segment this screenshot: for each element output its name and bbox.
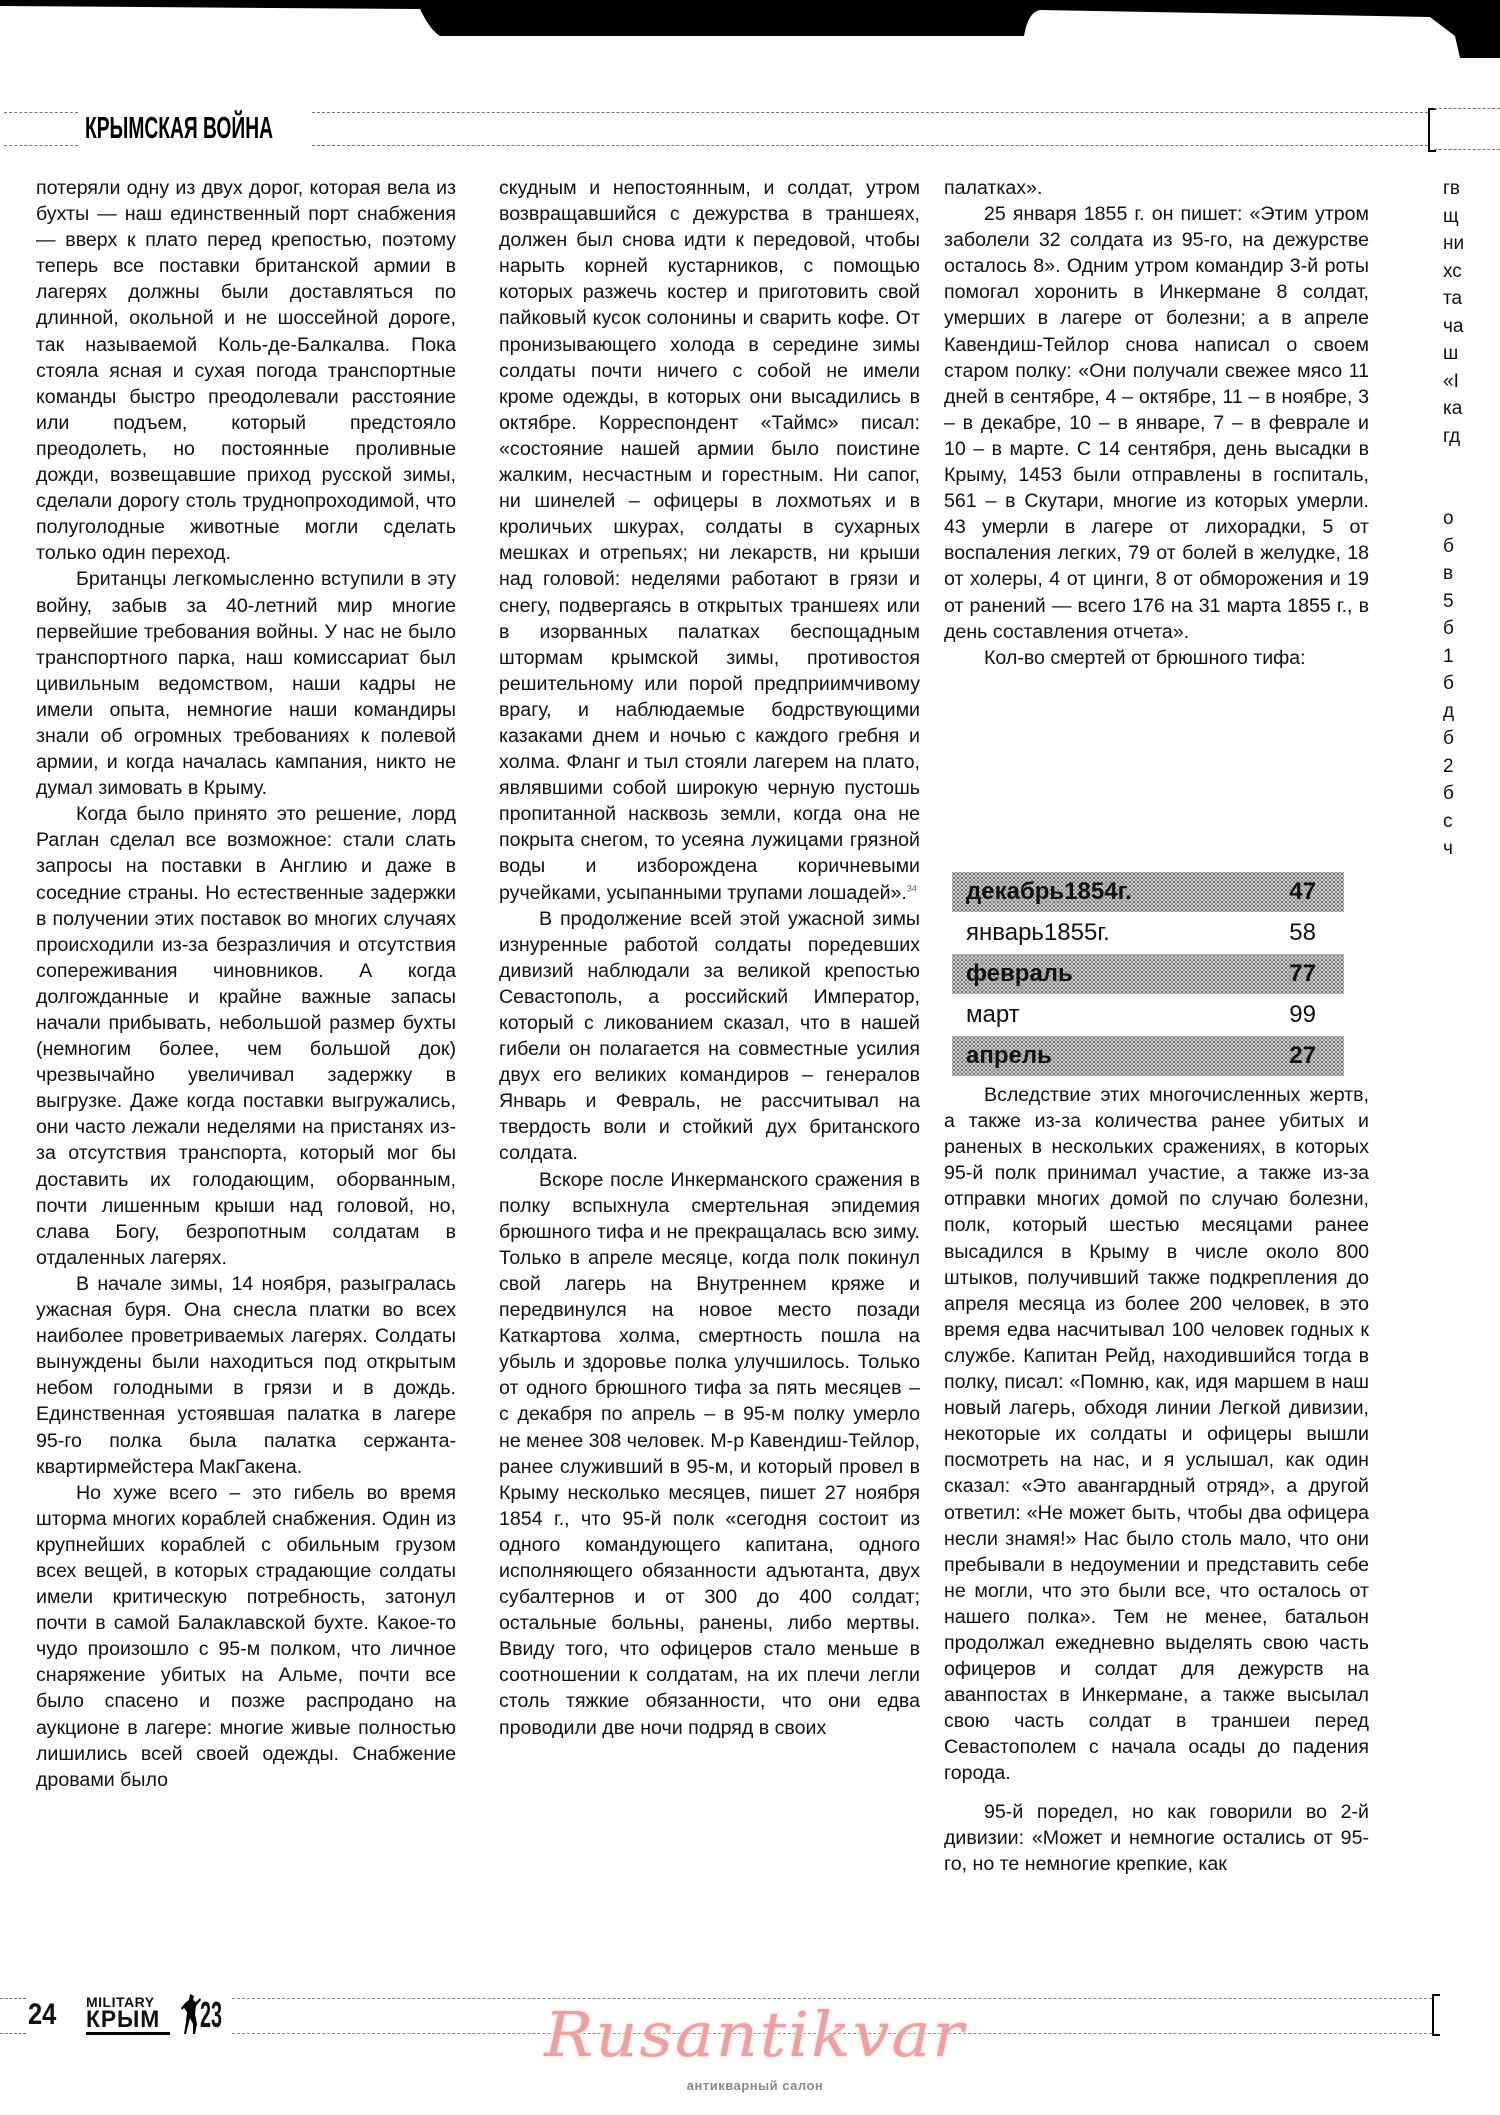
deaths-cell: 47 [1276, 878, 1316, 906]
bleed-line: гв [1443, 175, 1500, 203]
header-rule-left [4, 112, 78, 146]
table-row: январь1855г. 58 [952, 913, 1344, 953]
bleed-line: с [1443, 808, 1500, 836]
bleed-line: б [1443, 670, 1500, 698]
month-cell: февраль [966, 960, 1073, 988]
month-cell: январь1855г. [966, 919, 1110, 947]
deaths-cell: 77 [1276, 960, 1316, 988]
article-column-2: скудным и непостоянным, и солдат, утром … [499, 175, 920, 1741]
bleed-line: ча [1443, 313, 1500, 341]
bleed-line: 1 [1443, 643, 1500, 671]
bleed-line: «I [1443, 368, 1500, 396]
issue-number: 23 [200, 1996, 222, 2034]
paragraph: палатках». [944, 175, 1369, 201]
typhus-table-caption: Кол-во смертей от брюшного тифа: [944, 645, 1369, 671]
bleed-line: б [1443, 780, 1500, 808]
table-row: декабрь1854г. 47 [952, 872, 1344, 912]
logo-krym-text: КРЫМ [86, 2009, 172, 2031]
bleed-line: о [1443, 505, 1500, 533]
rusantikvar-watermark: Rusantikvar антикварный салон [505, 2000, 1005, 2115]
paragraph: 25 января 1855 г. он пишет: «Этим утром … [944, 201, 1369, 645]
bleed-line: щ [1443, 203, 1500, 231]
page-edge-shape [0, 0, 1500, 60]
watermark-subtitle: антикварный салон [505, 2078, 1005, 2093]
paragraph: В начале зимы, 14 ноября, разыгралась уж… [36, 1271, 456, 1480]
table-row: март 99 [952, 995, 1344, 1035]
bleed-line: ч [1443, 835, 1500, 863]
paragraph: Но хуже всего – это гибель во время штор… [36, 1480, 456, 1793]
month-cell: апрель [966, 1042, 1052, 1070]
header-rule-tail [1434, 108, 1500, 150]
top-black-band [0, 0, 1500, 60]
deaths-cell: 58 [1276, 919, 1316, 947]
paragraph: 95-й поредел, но как говорили во 2-й див… [944, 1799, 1369, 1877]
magazine-logo: MILITARY КРЫМ [86, 1995, 176, 2035]
bleed-line: в [1443, 560, 1500, 588]
bleed-line: б [1443, 615, 1500, 643]
watermark-script-text: Rusantikvar [493, 2000, 1018, 2070]
bleed-line: ш [1443, 340, 1500, 368]
bleed-line: б [1443, 725, 1500, 753]
page-number: 24 [28, 1998, 56, 2032]
typhus-deaths-table: декабрь1854г. 47 январь1855г. 58 февраль… [952, 872, 1344, 1077]
paragraph: Когда было принято это решение, лорд Раг… [36, 801, 456, 1271]
bleed-line: та [1443, 285, 1500, 313]
paragraph: Британцы легкомысленно вступили в эту во… [36, 566, 456, 801]
facing-page-bleed: гв щ ни хс та ча ш «I ка гд о б в 5 б 1 … [1443, 175, 1500, 863]
footnote-marker: 34 [907, 883, 917, 893]
bleed-line: 5 [1443, 588, 1500, 616]
paragraph-times-quote: скудным и непостоянным, и солдат, утром … [499, 175, 920, 906]
bleed-line: хс [1443, 258, 1500, 286]
header-rule-right [312, 112, 1428, 146]
section-header: КРЫМСКАЯ ВОЙНА [0, 108, 1430, 148]
deaths-cell: 99 [1276, 1001, 1316, 1029]
bleed-line [1443, 450, 1500, 478]
bleed-line: ни [1443, 230, 1500, 258]
article-column-3-top: палатках». 25 января 1855 г. он пишет: «… [944, 175, 1369, 671]
paragraph-text: скудным и непостоянным, и солдат, утром … [499, 177, 920, 904]
bleed-line: ка [1443, 395, 1500, 423]
bleed-line: 2 [1443, 753, 1500, 781]
paragraph: В продолжение всей этой ужасной зимы изн… [499, 906, 920, 1167]
article-column-3-bottom: Вследствие этих многочисленных жертв, а … [944, 1082, 1369, 1877]
table-row: февраль 77 [952, 954, 1344, 994]
section-title: КРЫМСКАЯ ВОЙНА [85, 108, 273, 148]
bleed-line: д [1443, 698, 1500, 726]
table-row: апрель 27 [952, 1036, 1344, 1076]
paragraph: Вследствие этих многочисленных жертв, а … [944, 1082, 1369, 1787]
soldier-silhouette-icon [180, 1992, 202, 2036]
month-cell: март [966, 1001, 1020, 1029]
bleed-line: б [1443, 533, 1500, 561]
paragraph: Вскоре после Инкерманского сражения в по… [499, 1167, 920, 1741]
bleed-line: гд [1443, 423, 1500, 451]
article-column-1: потеряли одну из двух дорог, которая вел… [36, 175, 456, 1793]
month-cell: декабрь1854г. [966, 878, 1132, 906]
footer-rule-left [0, 1998, 26, 2034]
footer-bracket [1432, 1994, 1440, 2036]
paragraph: потеряли одну из двух дорог, которая вел… [36, 175, 456, 566]
deaths-cell: 27 [1276, 1042, 1316, 1070]
bleed-line [1443, 478, 1500, 506]
